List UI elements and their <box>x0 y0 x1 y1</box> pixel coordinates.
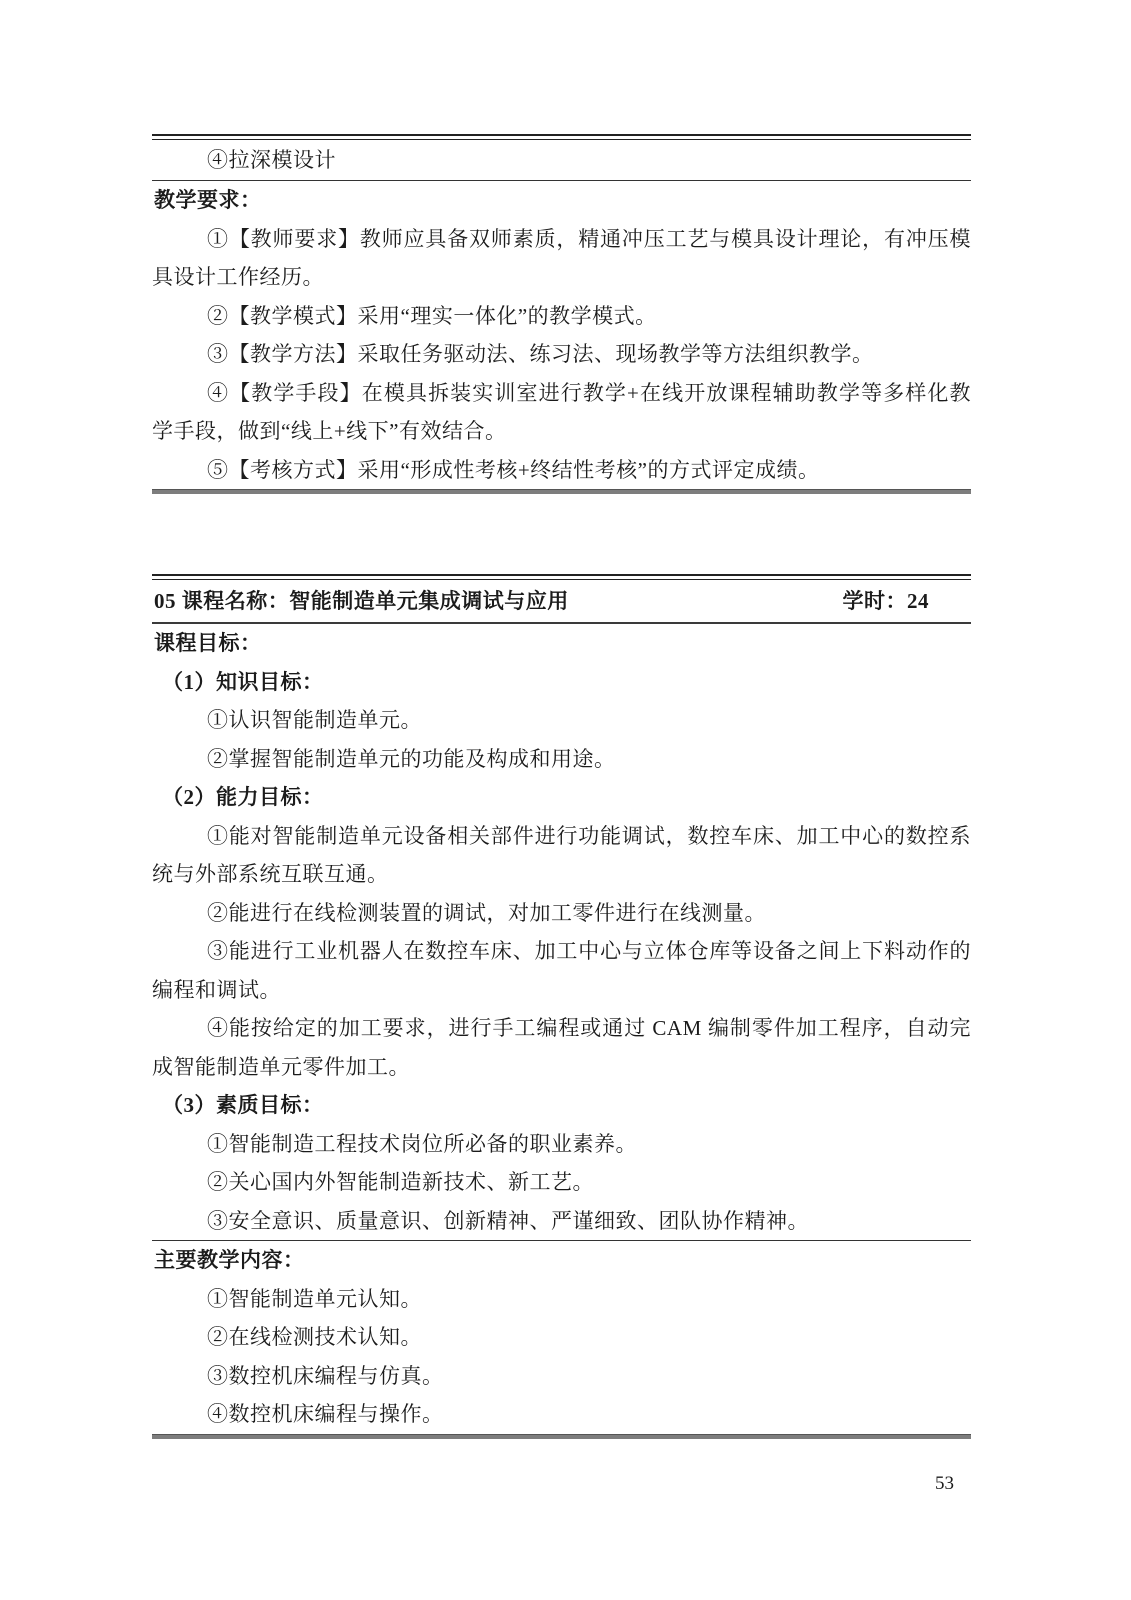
course-header-row: 05 课程名称：智能制造单元集成调试与应用 学时：24 <box>152 580 971 622</box>
prev-course-content-item: ④拉深模设计 <box>152 140 971 180</box>
knowledge-objectives-heading: （1）知识目标： <box>152 663 971 702</box>
document-page: ④拉深模设计 教学要求： ①【教师要求】教师应具备双师素质，精通冲压工艺与模具设… <box>0 0 1131 1600</box>
ability-objective-item: ③能进行工业机器人在数控车床、加工中心与立体仓库等设备之间上下料动作的编程和调试… <box>152 932 971 1009</box>
quality-objective-item: ①智能制造工程技术岗位所必备的职业素养。 <box>152 1125 971 1164</box>
teaching-requirement-item: ②【教学模式】采用“理实一体化”的教学模式。 <box>152 297 971 336</box>
quality-objectives-heading: （3）素质目标： <box>152 1086 971 1125</box>
knowledge-objective-item: ②掌握智能制造单元的功能及构成和用途。 <box>152 740 971 779</box>
ability-objective-item: ②能进行在线检测装置的调试，对加工零件进行在线测量。 <box>152 894 971 933</box>
ability-objectives-heading: （2）能力目标： <box>152 778 971 817</box>
ability-objective-item: ④能按给定的加工要求，进行手工编程或通过 CAM 编制零件加工程序，自动完成智能… <box>152 1009 971 1086</box>
page-number: 53 <box>935 1472 954 1496</box>
course-hours: 学时：24 <box>843 580 972 622</box>
main-content-item: ②在线检测技术认知。 <box>152 1318 971 1357</box>
ability-objective-item: ①能对智能制造单元设备相关部件进行功能调试，数控车床、加工中心的数控系统与外部系… <box>152 817 971 894</box>
document-content: ④拉深模设计 教学要求： ①【教师要求】教师应具备双师素质，精通冲压工艺与模具设… <box>152 134 971 1439</box>
main-content-item: ③数控机床编程与仿真。 <box>152 1357 971 1396</box>
teaching-requirement-item: ③【教学方法】采取任务驱动法、练习法、现场教学等方法组织教学。 <box>152 335 971 374</box>
separator-gray-bar-2 <box>152 1434 971 1439</box>
teaching-requirement-item: ⑤【考核方式】采用“形成性考核+终结性考核”的方式评定成绩。 <box>152 451 971 490</box>
course-title: 05 课程名称：智能制造单元集成调试与应用 <box>152 580 569 622</box>
teaching-requirement-item: ①【教师要求】教师应具备双师素质，精通冲压工艺与模具设计理论，有冲压模具设计工作… <box>152 220 971 297</box>
quality-objective-item: ②关心国内外智能制造新技术、新工艺。 <box>152 1163 971 1202</box>
course-objectives-heading: 课程目标： <box>152 624 971 663</box>
quality-objective-item: ③安全意识、质量意识、创新精神、严谨细致、团队协作精神。 <box>152 1202 971 1241</box>
main-content-item: ①智能制造单元认知。 <box>152 1280 971 1319</box>
knowledge-objective-item: ①认识智能制造单元。 <box>152 701 971 740</box>
teaching-requirements-heading: 教学要求： <box>152 181 971 220</box>
main-content-heading: 主要教学内容： <box>152 1241 971 1280</box>
main-content-item: ④数控机床编程与操作。 <box>152 1395 971 1434</box>
teaching-requirement-item: ④【教学手段】在模具拆装实训室进行教学+在线开放课程辅助教学等多样化教学手段，做… <box>152 374 971 451</box>
section-gap <box>152 494 971 574</box>
